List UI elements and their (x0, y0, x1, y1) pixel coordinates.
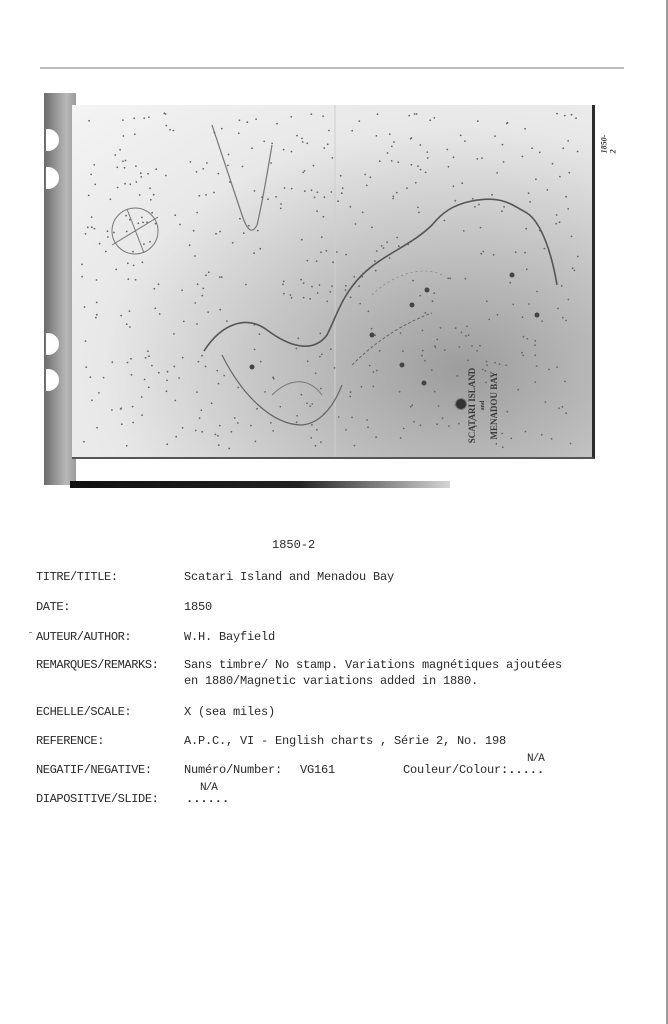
field-label: TITRE/TITLE: (36, 570, 118, 584)
field-label: REMARQUES/REMARKS: (36, 658, 158, 672)
slide-dots: ...... (186, 792, 229, 806)
chart-title-line-1: SCATARI ISLAND (468, 367, 479, 442)
field-label: NEGATIF/NEGATIVE: (36, 763, 152, 777)
field-label: DIAPOSITIVE/SLIDE: (36, 792, 158, 806)
colour-value: N/A ...... (501, 763, 544, 777)
field-label: REFERENCE: (36, 734, 104, 748)
film-hole (46, 167, 59, 189)
top-divider (40, 67, 624, 69)
nautical-chart: SCATARI ISLAND and MENADOU BAY 1850-2 (72, 105, 595, 459)
field-value: X (sea miles) (184, 705, 275, 719)
colour-na: N/A (527, 753, 544, 765)
negative-number-label: Numéro/Number: (184, 763, 282, 777)
film-edge (70, 481, 450, 488)
film-hole (46, 333, 59, 355)
colour-dots: ...... (501, 763, 544, 777)
chart-title-cartouche: SCATARI ISLAND and MENADOU BAY (454, 360, 514, 450)
chart-drawing (72, 105, 592, 457)
negative-number-value: VG161 (300, 763, 335, 777)
field-value-line-2: en 1880/Magnetic variations added in 188… (184, 674, 478, 688)
film-hole (46, 129, 59, 151)
chart-side-label: 1850-2 (599, 135, 617, 154)
field-value-line-1: Sans timbre/ No stamp. Variations magnét… (184, 658, 562, 672)
field-value: A.P.C., VI - English charts , Série 2, N… (184, 734, 506, 748)
slide-na: N/A (200, 782, 217, 794)
slide-value: N/A ...... (186, 792, 229, 806)
field-value: Scatari Island and Menadou Bay (184, 570, 394, 584)
stray-mark (29, 632, 32, 633)
field-label: AUTEUR/AUTHOR: (36, 630, 131, 644)
record-id: 1850-2 (272, 538, 315, 552)
chart-title-line-2: MENADOU BAY (490, 367, 501, 442)
field-value: W.H. Bayfield (184, 630, 275, 644)
field-label: ECHELLE/SCALE: (36, 705, 131, 719)
map-photograph: SCATARI ISLAND and MENADOU BAY 1850-2 (44, 93, 604, 491)
colour-label: Couleur/Colour: (403, 763, 508, 777)
field-value: 1850 (184, 600, 212, 614)
film-hole (46, 369, 59, 391)
chart-title-connector: and (479, 367, 490, 442)
field-label: DATE: (36, 600, 70, 614)
